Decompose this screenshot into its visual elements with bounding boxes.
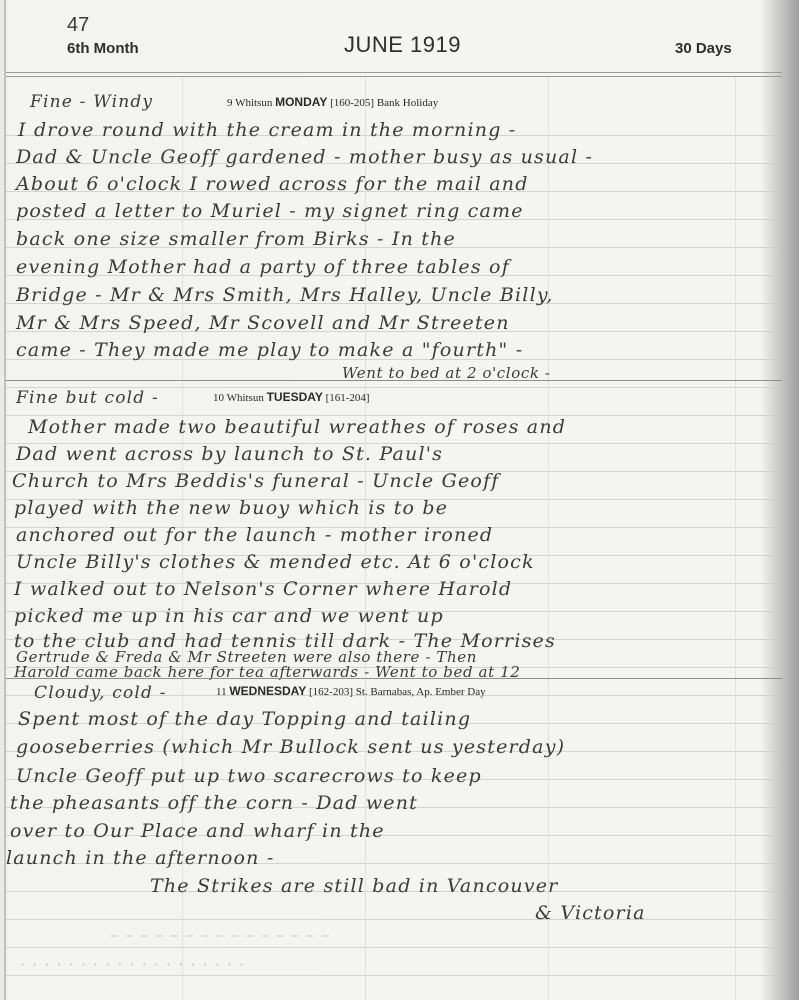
entry-line: evening Mother had a party of three tabl… [16, 256, 510, 278]
day-divider [6, 678, 782, 679]
entry-line: Church to Mrs Beddis's funeral - Uncle G… [12, 470, 500, 492]
entry-line: played with the new buoy which is to be [14, 497, 448, 519]
weather-note: Cloudy, cold - [34, 683, 167, 703]
entry-line: Uncle Geoff put up two scarecrows to kee… [16, 765, 482, 787]
entry-line: The Strikes are still bad in Vancouver [150, 875, 558, 897]
weather-note: Fine but cold - [16, 388, 159, 408]
day-name: MONDAY [275, 95, 327, 109]
page-number: 47 [67, 14, 89, 37]
column-guide [548, 76, 549, 1000]
entry-line: Spent most of the day Topping and tailin… [18, 708, 471, 730]
bleed-through-text: · · · · · · · · · · · · · · · · · · · [20, 955, 245, 974]
day-heading: 10 Whitsun TUESDAY [161-204] [213, 390, 370, 404]
entry-line: Mr & Mrs Speed, Mr Scovell and Mr Street… [16, 312, 510, 334]
day-prefix: Whitsun [227, 392, 264, 404]
entry-line: About 6 o'clock I rowed across for the m… [16, 173, 529, 195]
month-title: JUNE 1919 [344, 32, 461, 58]
day-prefix: Whitsun [235, 97, 272, 109]
day-number: 9 [227, 97, 233, 109]
entry-line: back one size smaller from Birks - In th… [16, 228, 456, 250]
day-divider [6, 380, 782, 381]
entry-line: I drove round with the cream in the morn… [18, 119, 516, 141]
days-count: 30 Days [675, 40, 732, 57]
bleed-through-text: – – – – – – – – – – – – – – – [110, 925, 330, 944]
entry-line: Dad & Uncle Geoff gardened - mother busy… [16, 146, 593, 168]
day-heading: 11 WEDNESDAY [162-203] St. Barnabas, Ap.… [216, 684, 486, 698]
entry-line: Bridge - Mr & Mrs Smith, Mrs Halley, Unc… [16, 284, 554, 306]
observance: Bank Holiday [377, 97, 438, 109]
day-counts: [162-203] [309, 686, 353, 698]
day-name: WEDNESDAY [229, 684, 306, 698]
entry-line: posted a letter to Muriel - my signet ri… [16, 200, 524, 222]
weather-note: Fine - Windy [30, 92, 153, 112]
entry-line: came - They made me play to make a "four… [16, 339, 523, 361]
entry-line: launch in the afternoon - [6, 847, 274, 869]
observance: St. Barnabas, Ap. Ember Day [356, 686, 486, 698]
day-heading: 9 Whitsun MONDAY [160-205] Bank Holiday [227, 95, 438, 109]
entry-line: the pheasants off the corn - Dad went [10, 792, 418, 814]
entry-line: picked me up in his car and we went up [14, 605, 444, 627]
entry-line: anchored out for the launch - mother iro… [16, 524, 493, 546]
entry-line: Dad went across by launch to St. Paul's [16, 443, 443, 465]
entry-line: over to Our Place and wharf in the [10, 820, 385, 842]
entry-line: Uncle Billy's clothes & mended etc. At 6… [16, 551, 535, 573]
header-divider [6, 72, 782, 73]
month-ordinal: 6th Month [67, 40, 139, 57]
day-number: 10 [213, 392, 224, 404]
entry-line: I walked out to Nelson's Corner where Ha… [14, 578, 512, 600]
column-guide [735, 76, 736, 1000]
diary-page: 47 6th Month JUNE 1919 30 Days Fine - Wi… [0, 0, 799, 1000]
day-counts: [161-204] [326, 392, 370, 404]
entry-line: & Victoria [535, 902, 646, 924]
day-counts: [160-205] [330, 97, 374, 109]
day-number: 11 [216, 686, 227, 698]
header-divider [6, 76, 782, 77]
day-name: TUESDAY [267, 390, 323, 404]
entry-line: Mother made two beautiful wreathes of ro… [28, 416, 566, 438]
entry-line: gooseberries (which Mr Bullock sent us y… [16, 736, 565, 758]
